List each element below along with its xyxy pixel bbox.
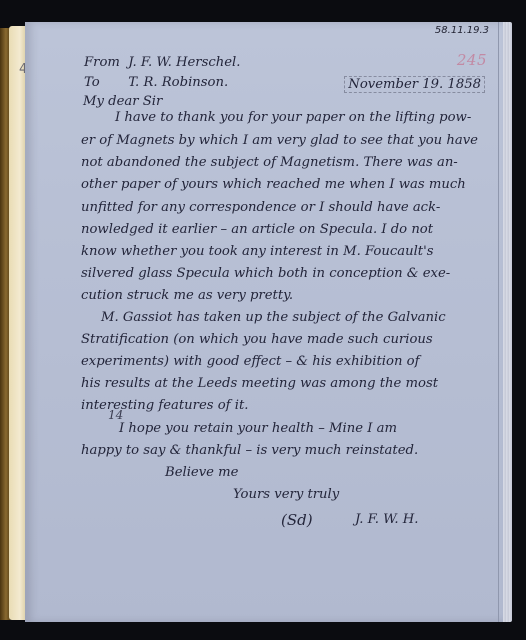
- letter-date: November 19. 1858: [344, 76, 485, 93]
- letter-page: 58.11.19.3 245 From J. F. W. Herschel. T…: [25, 22, 503, 622]
- letter-line: know whether you took any interest in M.…: [81, 244, 434, 259]
- salutation: My dear Sir: [83, 94, 162, 109]
- to-row: To T. R. Robinson.: [84, 75, 228, 90]
- from-row: From J. F. W. Herschel.: [84, 55, 240, 70]
- from-name: J. F. W. Herschel.: [128, 55, 240, 70]
- letter-line: not abandoned the subject of Magnetism. …: [81, 155, 458, 170]
- closing-believe-me: Believe me: [165, 465, 239, 480]
- letter-line: I hope you retain your health – Mine I a…: [119, 421, 397, 436]
- letter-line: Stratification (on which you have made s…: [81, 332, 433, 347]
- to-name: T. R. Robinson.: [128, 75, 228, 90]
- letter-line: er of Magnets by which I am very glad to…: [81, 133, 478, 148]
- margin-mark: 14: [108, 408, 123, 422]
- folio-number: 245: [457, 51, 487, 69]
- letter-line: interesting features of it.: [81, 398, 248, 413]
- letter-line: nowledged it earlier – an article on Spe…: [81, 222, 433, 237]
- signature-mark: (Sd): [281, 511, 313, 529]
- letter-line: experiments) with good effect – & his ex…: [81, 354, 419, 369]
- letter-line: happy to say & thankful – is very much r…: [81, 443, 418, 458]
- letter-line: M. Gassiot has taken up the subject of t…: [101, 310, 446, 325]
- letter-line: cution struck me as very pretty.: [81, 288, 293, 303]
- reference-number: 58.11.19.3: [435, 25, 489, 36]
- closing-yours-truly: Yours very truly: [233, 487, 339, 502]
- letter-line: silvered glass Specula which both in con…: [81, 266, 450, 281]
- signature: J. F. W. H.: [355, 512, 418, 527]
- letter-line: other paper of yours which reached me wh…: [81, 177, 466, 192]
- from-label: From: [84, 55, 124, 70]
- margin-rule: [498, 22, 499, 622]
- letter-line: his results at the Leeds meeting was amo…: [81, 376, 438, 391]
- letter-line: unfitted for any correspondence or I sho…: [81, 200, 440, 215]
- to-label: To: [84, 75, 124, 90]
- letter-line: I have to thank you for your paper on th…: [115, 110, 471, 125]
